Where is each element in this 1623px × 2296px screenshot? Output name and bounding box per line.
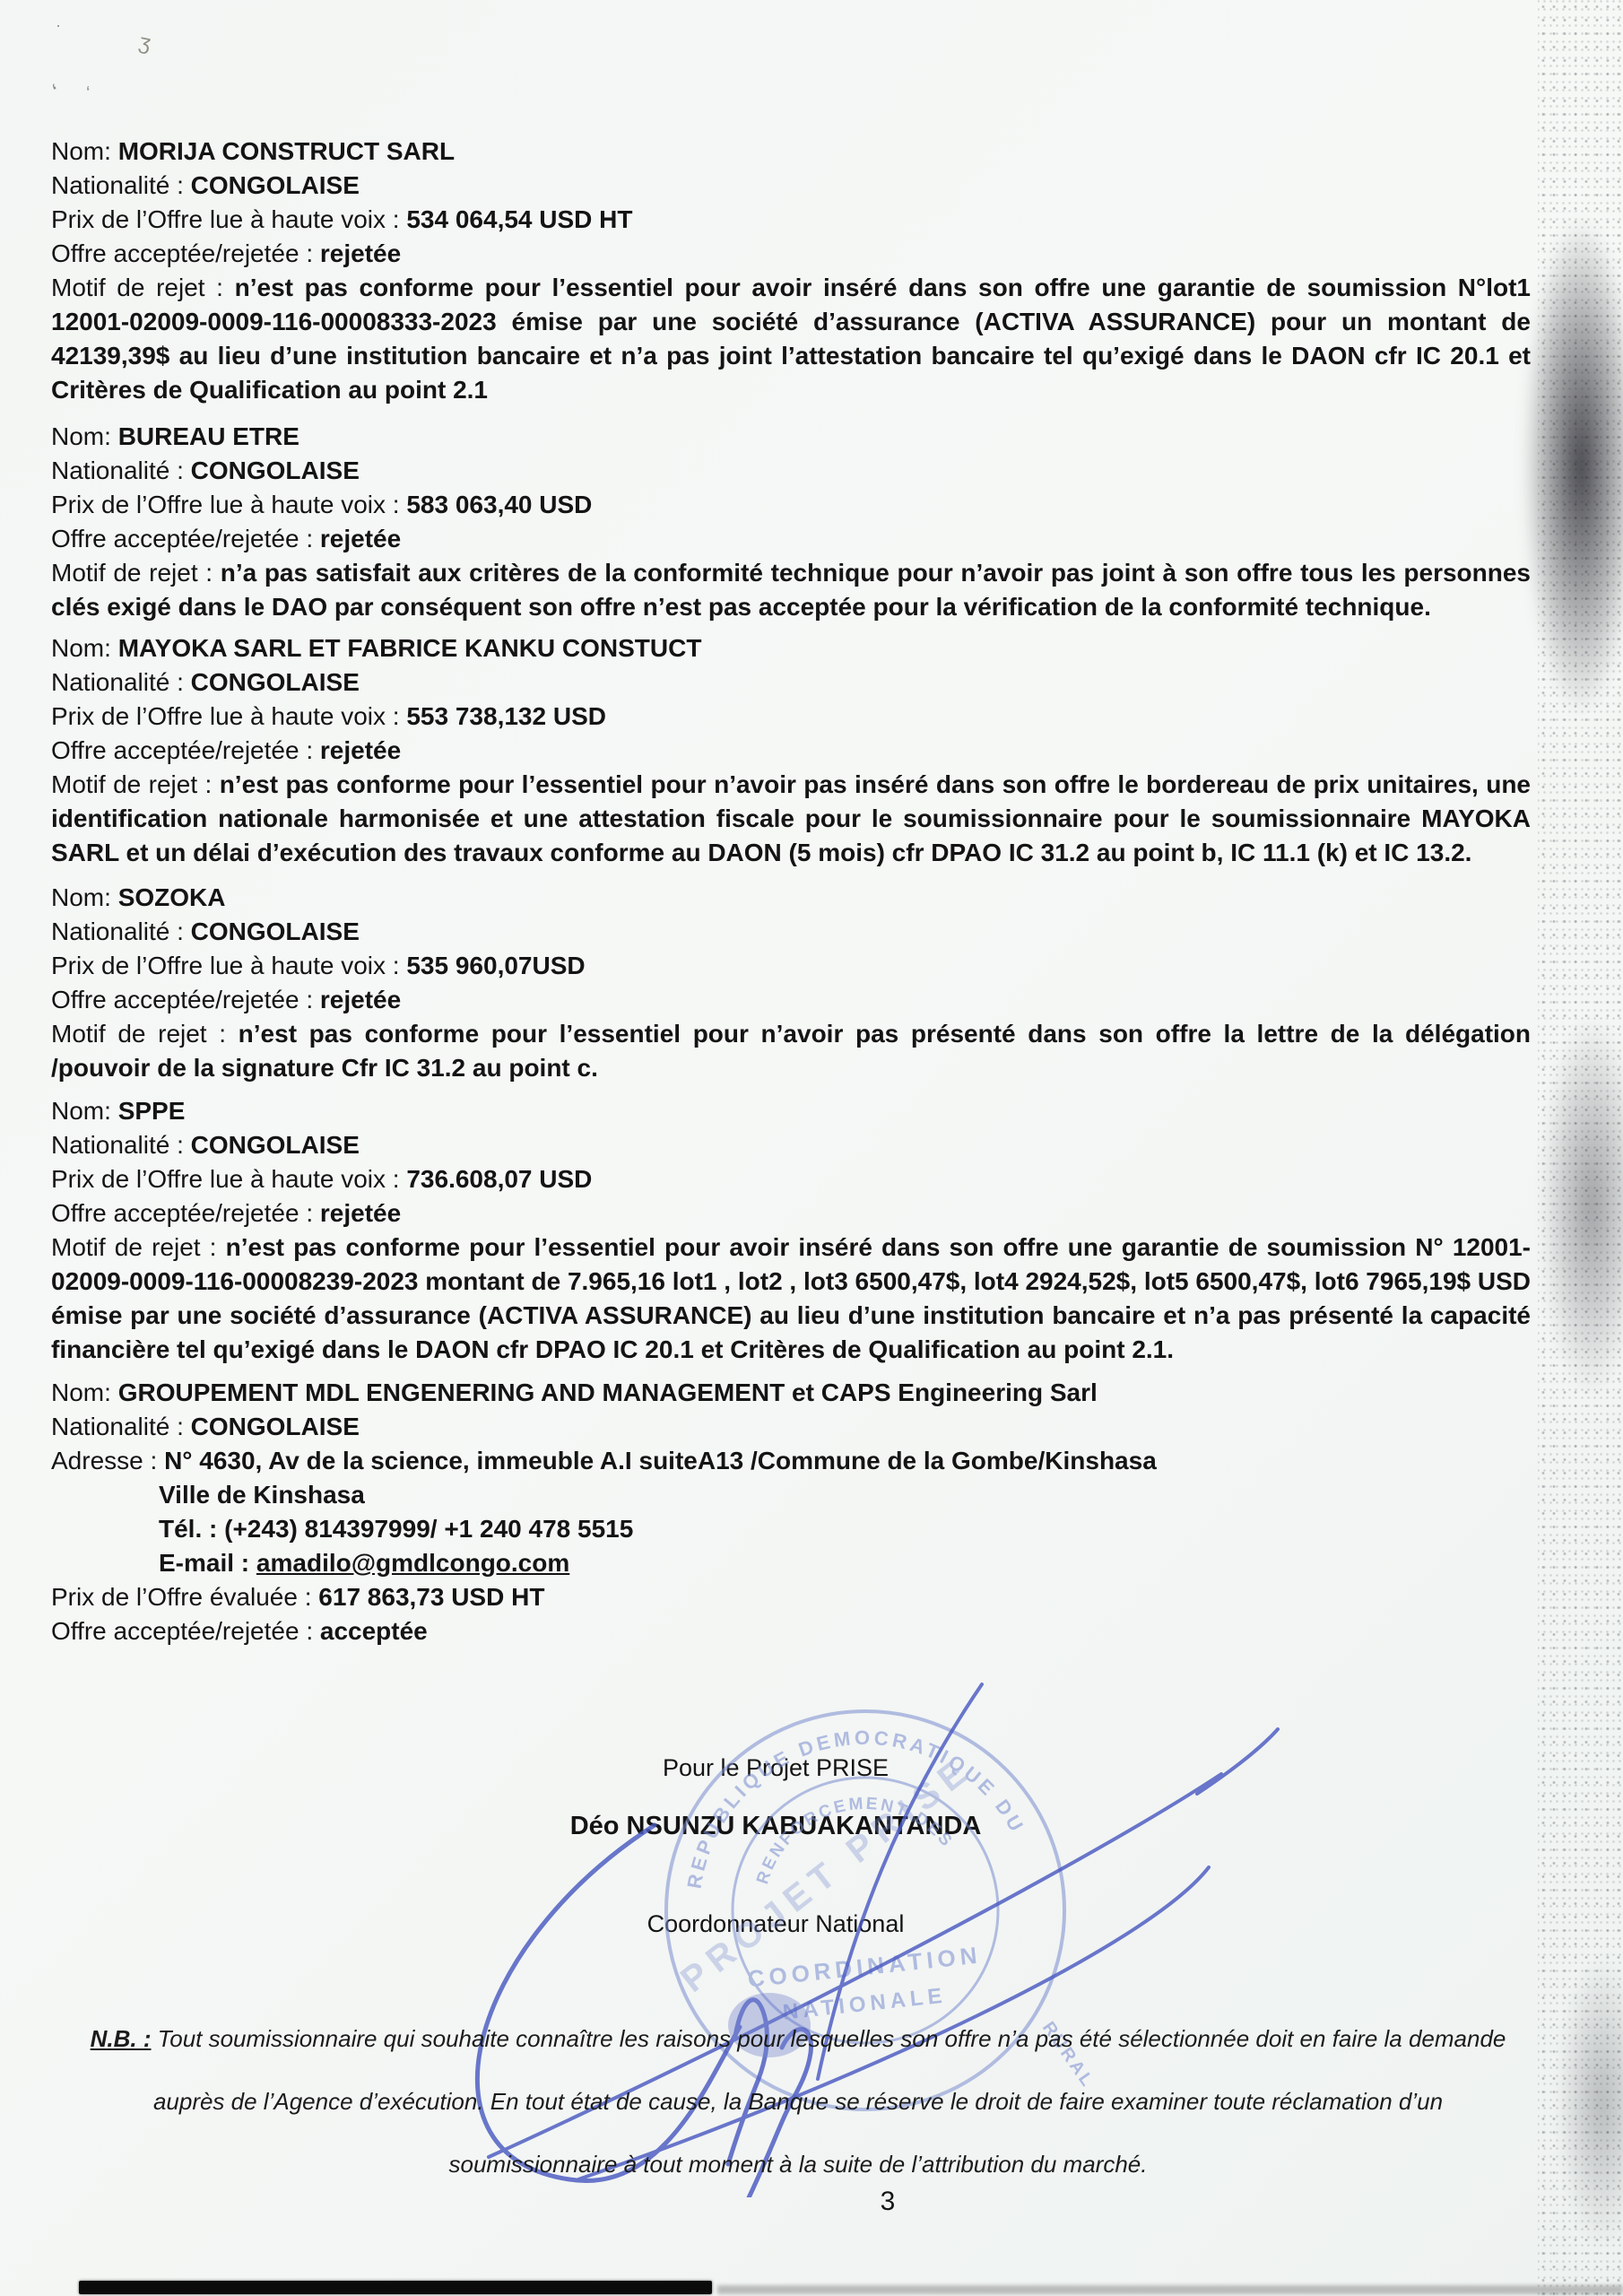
evaluated-price-label: Prix de l’Offre évaluée : (51, 1583, 312, 1611)
city-value: Ville de Kinshasa (159, 1481, 365, 1509)
reason-text: n’a pas satisfait aux critères de la con… (51, 559, 1531, 621)
nationality-line: Nationalité : CONGOLAISE (51, 665, 1531, 700)
bidder-name-line: Nom: MAYOKA SARL ET FABRICE KANKU CONSTU… (51, 631, 1531, 665)
price-line: Prix de l’Offre lue à haute voix : 534 0… (51, 203, 1531, 237)
nb-text: Tout soumissionnaire qui souhaite connaî… (153, 2025, 1506, 2178)
rejection-reason: Motif de rejet : n’a pas satisfait aux c… (51, 556, 1531, 624)
scan-speck: ʒ (136, 30, 153, 57)
bidder-block: Nom: MORIJA CONSTRUCT SARL Nationalité :… (51, 135, 1531, 407)
bidder-name-line: Nom: MORIJA CONSTRUCT SARL (51, 135, 1531, 169)
rejection-reason: Motif de rejet : n’est pas conforme pour… (51, 271, 1531, 407)
price-line: Prix de l’Offre lue à haute voix : 553 7… (51, 700, 1531, 734)
price-label: Prix de l’Offre lue à haute voix : (51, 491, 400, 518)
rejection-reason: Motif de rejet : n’est pas conforme pour… (51, 768, 1531, 870)
scan-speck: ʻ (49, 79, 64, 107)
name-label: Nom: (51, 634, 111, 662)
phone-label: Tél. : (159, 1515, 217, 1543)
nationality-line: Nationalité : CONGOLAISE (51, 915, 1531, 949)
price-line: Prix de l’Offre lue à haute voix : 736.6… (51, 1162, 1531, 1196)
status-value: rejetée (320, 736, 401, 764)
price-label: Prix de l’Offre lue à haute voix : (51, 1165, 400, 1193)
evaluated-price-value: 617 863,73 USD HT (318, 1583, 544, 1611)
rejection-reason: Motif de rejet : n’est pas conforme pour… (51, 1017, 1531, 1085)
city-line: Ville de Kinshasa (51, 1478, 1531, 1512)
price-value: 553 738,132 USD (406, 702, 606, 730)
nationality-line: Nationalité : CONGOLAISE (51, 454, 1531, 488)
bidder-name: MORIJA CONSTRUCT SARL (118, 137, 455, 165)
bidder-name-line: Nom: SOZOKA (51, 881, 1531, 915)
reason-label: Motif de rejet : (51, 1233, 216, 1261)
reason-label: Motif de rejet : (51, 770, 212, 798)
address-line: Adresse : N° 4630, Av de la science, imm… (51, 1444, 1531, 1478)
status-line: Offre acceptée/rejetée : rejetée (51, 522, 1531, 556)
bidder-name: GROUPEMENT MDL ENGENERING AND MANAGEMENT… (118, 1378, 1098, 1406)
status-value: rejetée (320, 1199, 401, 1227)
scan-speck: ʻ (86, 84, 90, 105)
nationality-label: Nationalité : (51, 918, 184, 945)
status-label: Offre acceptée/rejetée : (51, 1617, 313, 1645)
scan-bottom-strip (79, 2281, 712, 2294)
bidder-name: SPPE (118, 1097, 186, 1125)
price-value: 736.608,07 USD (406, 1165, 592, 1193)
bidder-name-line: Nom: SPPE (51, 1094, 1531, 1128)
price-line: Prix de l’Offre lue à haute voix : 535 9… (51, 949, 1531, 983)
status-label: Offre acceptée/rejetée : (51, 239, 313, 267)
stamp-diagonal-text: PROJET PRISE (673, 1749, 980, 2000)
bidder-name: MAYOKA SARL ET FABRICE KANKU CONSTUCT (118, 634, 702, 662)
nationality-label: Nationalité : (51, 171, 184, 199)
price-line: Prix de l’Offre lue à haute voix : 583 0… (51, 488, 1531, 522)
bidder-name: BUREAU ETRE (118, 422, 299, 450)
page-number: 3 (852, 2187, 924, 2217)
nb-note: N.B. : Tout soumissionnaire qui souhaite… (67, 2007, 1529, 2196)
scanned-document-page: · ʻ ʻ ʒ Nom: MORIJA CONSTRUCT SARL Natio… (0, 0, 1623, 2296)
status-value: rejetée (320, 239, 401, 267)
bidder-name-line: Nom: GROUPEMENT MDL ENGENERING AND MANAG… (51, 1376, 1531, 1410)
signatory-title: Coordonnateur National (484, 1910, 1067, 1938)
status-label: Offre acceptée/rejetée : (51, 1199, 313, 1227)
email-link[interactable]: amadilo@gmdlcongo.com (256, 1549, 569, 1577)
reason-label: Motif de rejet : (51, 274, 223, 301)
status-label: Offre acceptée/rejetée : (51, 986, 313, 1013)
status-value: rejetée (320, 986, 401, 1013)
status-value: acceptée (320, 1617, 428, 1645)
name-label: Nom: (51, 883, 111, 911)
name-label: Nom: (51, 1378, 111, 1406)
bidder-block: Nom: SOZOKA Nationalité : CONGOLAISE Pri… (51, 881, 1531, 1085)
nationality-value: CONGOLAISE (191, 668, 360, 696)
scan-bottom-shadow (717, 2285, 1623, 2294)
email-label: E-mail : (159, 1549, 249, 1577)
nationality-line: Nationalité : CONGOLAISE (51, 169, 1531, 203)
phone-value: (+243) 814397999/ +1 240 478 5515 (224, 1515, 633, 1543)
status-line: Offre acceptée/rejetée : acceptée (51, 1614, 1531, 1648)
scan-speck: · (56, 16, 61, 35)
nationality-label: Nationalité : (51, 1131, 184, 1159)
name-label: Nom: (51, 1097, 111, 1125)
price-value: 583 063,40 USD (406, 491, 592, 518)
reason-text: n’est pas conforme pour l’essentiel pour… (51, 1020, 1531, 1082)
address-label: Adresse : (51, 1447, 157, 1474)
price-value: 535 960,07USD (406, 952, 585, 979)
status-line: Offre acceptée/rejetée : rejetée (51, 734, 1531, 768)
bidder-block: Nom: GROUPEMENT MDL ENGENERING AND MANAG… (51, 1376, 1531, 1648)
status-label: Offre acceptée/rejetée : (51, 525, 313, 552)
nationality-label: Nationalité : (51, 668, 184, 696)
price-label: Prix de l’Offre lue à haute voix : (51, 952, 400, 979)
nationality-line: Nationalité : CONGOLAISE (51, 1410, 1531, 1444)
signature-for-line: Pour le Projet PRISE (484, 1754, 1067, 1782)
nationality-value: CONGOLAISE (191, 457, 360, 484)
reason-label: Motif de rejet : (51, 559, 213, 587)
nb-label: N.B. : (91, 2025, 152, 2052)
nationality-value: CONGOLAISE (191, 918, 360, 945)
name-label: Nom: (51, 137, 111, 165)
stamp-line1: COORDINATION (746, 1941, 982, 1992)
price-label: Prix de l’Offre lue à haute voix : (51, 205, 400, 233)
reason-text: n’est pas conforme pour l’essentiel pour… (51, 1233, 1531, 1363)
phone-line: Tél. : (+243) 814397999/ +1 240 478 5515 (51, 1512, 1531, 1546)
price-value: 534 064,54 USD HT (406, 205, 632, 233)
status-value: rejetée (320, 525, 401, 552)
rejection-reason: Motif de rejet : n’est pas conforme pour… (51, 1231, 1531, 1367)
status-line: Offre acceptée/rejetée : rejetée (51, 1196, 1531, 1231)
email-line: E-mail : amadilo@gmdlcongo.com (51, 1546, 1531, 1580)
signatory-name: Déo NSUNZU KABUAKANTANDA (484, 1812, 1067, 1841)
reason-text: n’est pas conforme pour l’essentiel pour… (51, 770, 1531, 866)
bidder-block: Nom: SPPE Nationalité : CONGOLAISE Prix … (51, 1094, 1531, 1367)
bidder-name: SOZOKA (118, 883, 226, 911)
nationality-value: CONGOLAISE (191, 171, 360, 199)
bidder-block: Nom: BUREAU ETRE Nationalité : CONGOLAIS… (51, 420, 1531, 624)
reason-label: Motif de rejet : (51, 1020, 226, 1048)
nationality-label: Nationalité : (51, 1413, 184, 1440)
reason-text: n’est pas conforme pour l’essentiel pour… (51, 274, 1531, 404)
svg-text:REPUBLIQUE DEMOCRATIQUE DU: REPUBLIQUE DEMOCRATIQUE DU (683, 1726, 1029, 1891)
nationality-line: Nationalité : CONGOLAISE (51, 1128, 1531, 1162)
name-label: Nom: (51, 422, 111, 450)
nationality-label: Nationalité : (51, 457, 184, 484)
nationality-value: CONGOLAISE (191, 1131, 360, 1159)
status-line: Offre acceptée/rejetée : rejetée (51, 983, 1531, 1017)
nationality-value: CONGOLAISE (191, 1413, 360, 1440)
document-body: Nom: MORIJA CONSTRUCT SARL Nationalité :… (51, 135, 1531, 1648)
status-label: Offre acceptée/rejetée : (51, 736, 313, 764)
bidder-block: Nom: MAYOKA SARL ET FABRICE KANKU CONSTU… (51, 631, 1531, 870)
evaluated-price-line: Prix de l’Offre évaluée : 617 863,73 USD… (51, 1580, 1531, 1614)
address-value: N° 4630, Av de la science, immeuble A.I … (164, 1447, 1157, 1474)
price-label: Prix de l’Offre lue à haute voix : (51, 702, 400, 730)
status-line: Offre acceptée/rejetée : rejetée (51, 237, 1531, 271)
stamp-ring-top-text: REPUBLIQUE DEMOCRATIQUE DU (683, 1726, 1029, 1891)
bidder-name-line: Nom: BUREAU ETRE (51, 420, 1531, 454)
